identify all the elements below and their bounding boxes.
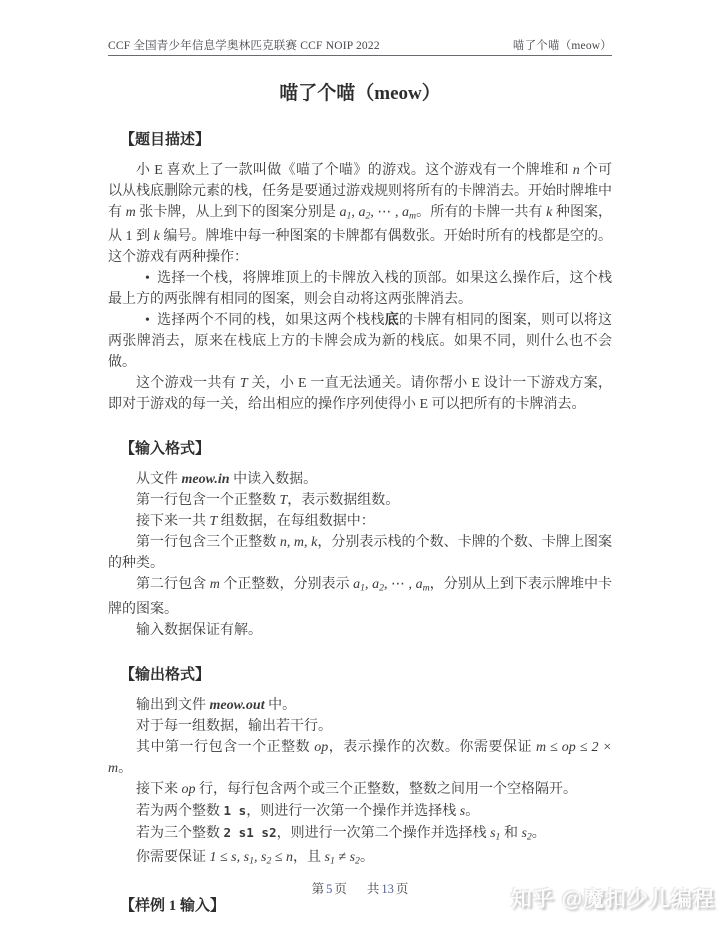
text-segment: 这个游戏一共有 — [136, 376, 240, 391]
text-segment: a — [402, 205, 409, 220]
document-section: 【输入格式】从文件 meow.in 中读入数据。第一行包含一个正整数 T，表示数… — [108, 439, 612, 640]
text-segment: m — [210, 577, 220, 592]
paragraph: 若为两个整数 1 s，则进行一次第一个操作并选择栈 s。 — [108, 800, 612, 822]
text-segment: 个正整数，分别表示 — [220, 577, 353, 592]
text-segment: 从文件 — [136, 472, 182, 487]
text-segment: 选择一个栈，将牌堆顶上的卡牌放入栈的顶部。如果这么操作后，这个栈最上方的两张牌有… — [108, 271, 612, 307]
text-segment: 第一行包含三个正整数 — [136, 535, 280, 550]
section-heading: 【输出格式】 — [108, 665, 612, 685]
text-segment: , ⋯ , — [384, 577, 416, 592]
page-title: 喵了个喵（meow） — [108, 82, 612, 106]
text-segment: , ⋯ , — [370, 205, 402, 220]
text-segment: 输入数据保证有解。 — [136, 623, 262, 638]
text-segment: 行，每行包含两个或三个正整数，整数之间用一个空格隔开。 — [196, 782, 578, 797]
text-segment: ，则进行一次第二个操作并选择栈 — [277, 826, 491, 841]
text-segment: 和 — [500, 826, 521, 841]
page-header: CCF 全国青少年信息学奥林匹克联赛 CCF NOIP 2022 喵了个喵（me… — [108, 37, 612, 53]
header-right-text: 喵了个喵（meow） — [513, 37, 612, 53]
text-segment: 。所有的卡牌一共有 — [416, 205, 546, 220]
text-segment: 。 — [465, 804, 479, 819]
document-body: 【题目描述】小 E 喜欢上了一款叫做《喵了个喵》的游戏。这个游戏有一个牌堆和 n… — [108, 130, 612, 916]
footer-total-pages: 共13页 — [367, 879, 409, 897]
page-number: 5 — [324, 882, 334, 896]
text-segment: a — [416, 577, 423, 592]
section-heading: 【题目描述】 — [108, 130, 612, 150]
text-segment: 编号。牌堆中每一种图案的卡牌都有偶数张。开始时所有的栈都是空的。这个游戏有两种操… — [108, 229, 612, 265]
text-segment: ，且 — [293, 850, 325, 865]
text-segment: 其中第一行包含一个正整数 — [136, 740, 314, 755]
text-segment: 你需要保证 — [136, 850, 210, 865]
text-segment: 选择两个不同的栈，如果这两个栈栈 — [157, 313, 385, 328]
text-segment: 2 s1 s2 — [224, 825, 277, 840]
text-segment: 若为两个整数 — [136, 804, 224, 819]
text-segment: 组数据，在每组数据中： — [217, 514, 375, 529]
text-segment: meow.out — [210, 698, 265, 713]
text-segment: 接下来 — [136, 782, 182, 797]
text-segment: m — [126, 205, 136, 220]
bullet-item: •选择一个栈，将牌堆顶上的卡牌放入栈的顶部。如果这么操作后，这个栈最上方的两张牌… — [108, 268, 612, 310]
paragraph: 接下来一共 T 组数据，在每组数据中： — [108, 511, 612, 532]
text-segment: op — [182, 782, 196, 797]
text-segment: 对于每一组数据，输出若干行。 — [136, 719, 332, 734]
paragraph: 其中第一行包含一个正整数 op，表示操作的次数。你需要保证 m ≤ op ≤ 2… — [108, 737, 612, 779]
paragraph: 输出到文件 meow.out 中。 — [108, 695, 612, 716]
text-segment: ，表示操作的次数。你需要保证 — [328, 740, 536, 755]
document-page: CCF 全国青少年信息学奥林匹克联赛 CCF NOIP 2022 喵了个喵（me… — [0, 0, 720, 932]
text-segment: meow.in — [182, 472, 230, 487]
document-section: 【输出格式】输出到文件 meow.out 中。对于每一组数据，输出若干行。其中第… — [108, 665, 612, 872]
section-heading: 【输入格式】 — [108, 439, 612, 459]
text-segment: 接下来一共 — [136, 514, 210, 529]
text-segment: 若为三个整数 — [136, 826, 224, 841]
text-segment: n — [573, 163, 580, 178]
total-page-number: 13 — [379, 882, 396, 896]
paragraph: 第一行包含一个正整数 T，表示数据组数。 — [108, 490, 612, 511]
text-segment: op — [314, 740, 328, 755]
paragraph: 接下来 op 行，每行包含两个或三个正整数，整数之间用一个空格隔开。 — [108, 779, 612, 800]
bullet-icon: • — [145, 313, 150, 328]
watermark: 知乎 @魔扣少儿编程 — [511, 883, 715, 913]
text-segment: 第一行包含一个正整数 — [136, 493, 280, 508]
text-segment: 输出到文件 — [136, 698, 210, 713]
paragraph: 若为三个整数 2 s1 s2，则进行一次第二个操作并选择栈 s1 和 s2。 — [108, 822, 612, 847]
bullet-item: •选择两个不同的栈，如果这两个栈栈底的卡牌有相同的图案，则可以将这两张牌消去，原… — [108, 310, 612, 373]
text-segment: n, m, k — [280, 535, 317, 550]
paragraph: 从文件 meow.in 中读入数据。 — [108, 469, 612, 490]
text-segment: 第二行包含 — [136, 577, 210, 592]
document-content: 喵了个喵（meow） 【题目描述】小 E 喜欢上了一款叫做《喵了个喵》的游戏。这… — [108, 56, 612, 926]
text-segment: 。 — [360, 850, 374, 865]
footer-current-page: 第5页 — [312, 879, 347, 897]
paragraph: 第一行包含三个正整数 n, m, k，分别表示栈的个数、卡牌的个数、卡牌上图案的… — [108, 532, 612, 574]
header-left-text: CCF 全国青少年信息学奥林匹克联赛 CCF NOIP 2022 — [108, 37, 380, 53]
text-segment: ≠ s — [335, 850, 355, 865]
text-segment: 底 — [385, 313, 399, 328]
text-segment: 小 E 喜欢上了一款叫做《喵了个喵》的游戏。这个游戏有一个牌堆和 — [136, 163, 573, 178]
text-segment: ，表示数据组数。 — [287, 493, 399, 508]
bullet-icon: • — [145, 271, 150, 286]
text-segment: 张卡牌，从上到下的图案分别是 — [136, 205, 340, 220]
text-segment: 中。 — [265, 698, 297, 713]
text-segment: , s — [254, 850, 266, 865]
paragraph: 第二行包含 m 个正整数，分别表示 a1, a2, ⋯ , am，分别从上到下表… — [108, 574, 612, 619]
text-segment: ≤ n — [271, 850, 293, 865]
paragraph: 对于每一组数据，输出若干行。 — [108, 716, 612, 737]
paragraph: 你需要保证 1 ≤ s, s1, s2 ≤ n，且 s1 ≠ s2。 — [108, 847, 612, 871]
text-segment: 1 s — [224, 803, 247, 818]
document-section: 【题目描述】小 E 喜欢上了一款叫做《喵了个喵》的游戏。这个游戏有一个牌堆和 n… — [108, 130, 612, 415]
paragraph: 这个游戏一共有 T 关，小 E 一直无法通关。请你帮小 E 设计一下游戏方案，即… — [108, 373, 612, 415]
paragraph: 小 E 喜欢上了一款叫做《喵了个喵》的游戏。这个游戏有一个牌堆和 n 个可以从栈… — [108, 160, 612, 268]
text-segment: m — [423, 583, 430, 594]
paragraph: 输入数据保证有解。 — [108, 620, 612, 641]
text-segment: a — [340, 205, 347, 220]
text-segment: ，则进行一次第一个操作并选择栈 — [246, 804, 460, 819]
text-segment: 。 — [118, 761, 132, 776]
text-segment: 。 — [532, 826, 546, 841]
text-segment: T — [240, 376, 248, 391]
text-segment: 1 ≤ s, s — [210, 850, 250, 865]
text-segment: 中读入数据。 — [230, 472, 318, 487]
